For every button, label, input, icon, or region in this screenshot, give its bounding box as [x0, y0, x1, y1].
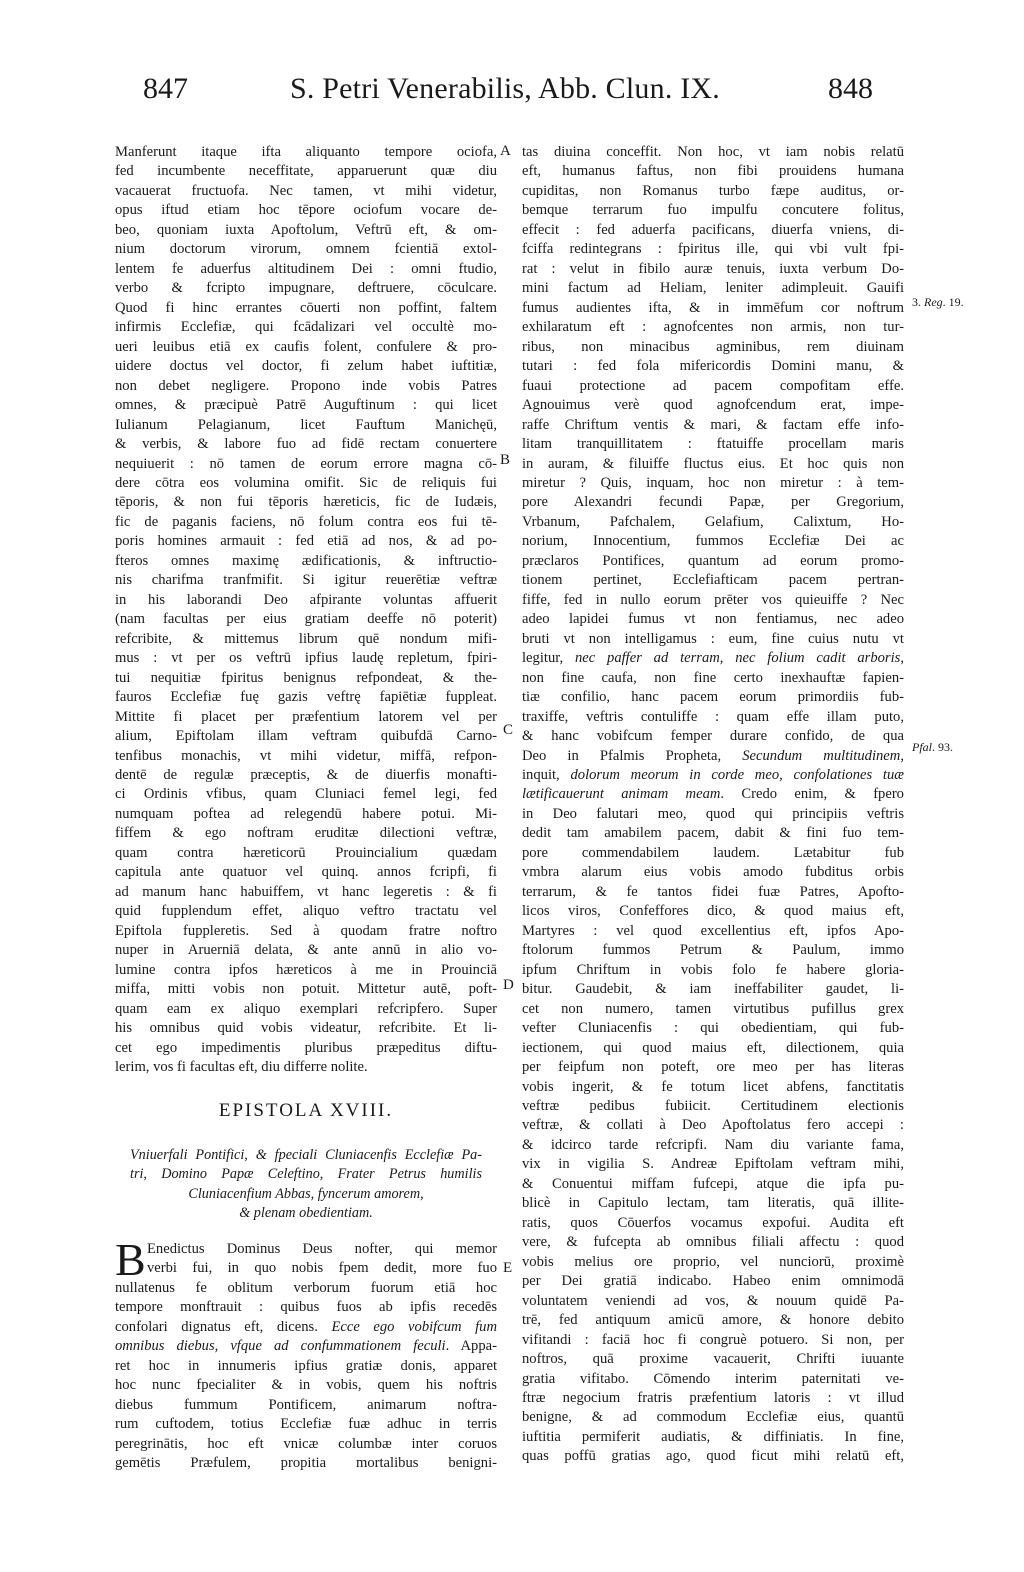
text-line: non fine caufa, non fine certo inexhauft…	[522, 669, 904, 688]
text-line: iectionem, qui quod maius eft, dilection…	[522, 1039, 904, 1058]
text-line: inquit, dolorum meorum in corde meo, con…	[522, 766, 904, 785]
text-line: vmbra alarum eius vobis amodo fubditus o…	[522, 863, 904, 882]
page-header: 847 S. Petri Venerabilis, Abb. Clun. IX.…	[0, 72, 1024, 122]
text-line: ribus, non minacibus agminibus, rem diui…	[522, 338, 904, 357]
text-line: quam eam ex aliquo exemplari refcripfero…	[115, 1000, 497, 1019]
text-line: omnibus diebus, vfque ad confummationem …	[115, 1337, 497, 1356]
text-line: tiæ confilio, hanc pacem eorum primordii…	[522, 688, 904, 707]
text-line: gratia vifitabo. Cōmendo interim paterni…	[522, 1370, 904, 1389]
italic-quote: lætificauerunt animam meam	[522, 786, 720, 802]
text-line: bruti vt non intelligamus : eum, fine cu…	[522, 630, 904, 649]
text-line: nis charifma tranfmifit. Si igitur reuer…	[115, 571, 497, 590]
text-line: nequiuerit : nō tamen de eorum errore ma…	[115, 455, 497, 474]
note-number: 3.	[912, 295, 921, 309]
text-line: alium, Epiftolam illam veftram quibufdā …	[115, 727, 497, 746]
text-line: fumus audientes ifta, & in immēfum cor n…	[522, 299, 904, 318]
running-title: S. Petri Venerabilis, Abb. Clun. IX.	[290, 72, 720, 106]
text-line: lætificauerunt animam meam. Credo enim, …	[522, 785, 904, 804]
text-line: verbo & fcripto impugnare, deftruere, cō…	[115, 279, 497, 298]
text-line: verbi fui, in quo nobis fpem dedit, more…	[115, 1259, 497, 1278]
text-line: rat : velut in fibilo auræ tenuis, iuxta…	[522, 260, 904, 279]
text-line: voluntatem veniendi ad vos, & nouum quid…	[522, 1292, 904, 1311]
epistle-heading: EPISTOLA XVIII.	[115, 1100, 497, 1122]
text-line: & idcirco tarde refcripfi. Nam diu varia…	[522, 1136, 904, 1155]
note-book: Reg	[924, 295, 943, 309]
text-line: vefter Cluniacenfis : qui obedientiam, q…	[522, 1019, 904, 1038]
section-marker-a: A	[500, 143, 511, 160]
text-line: ratis, quos Cōuerfos vocamus expofui. Au…	[522, 1214, 904, 1233]
text-line: Epiftola fuppleretis. Sed à quodam fratr…	[115, 922, 497, 941]
text-line: tenfibus monachis, vt mihi videtur, miff…	[115, 747, 497, 766]
text-line: his omnibus quid vobis videatur, refcrib…	[115, 1019, 497, 1038]
text-line: miretur ? Quis, inquam, hoc non miretur …	[522, 474, 904, 493]
text-line: litam tranquillitatem : ftatuiffe procel…	[522, 435, 904, 454]
text-line: quid fupplendum effet, aliquo veftro tra…	[115, 902, 497, 921]
text-line: blicè in Capitulo lectam, tam literatis,…	[522, 1194, 904, 1213]
text-line: mini factum ad Heliam, leniter adimpleui…	[522, 279, 904, 298]
left-column: Manferunt itaque ifta aliquanto tempore …	[115, 143, 497, 1078]
text-line: Manferunt itaque ifta aliquanto tempore …	[115, 143, 497, 162]
text-line: non debet negligere. Propono inde vobis …	[115, 377, 497, 396]
italic-quote: Secundum multitudinem	[742, 748, 900, 764]
text-line: gemētis Præfulem, propitia mortalibus be…	[115, 1454, 497, 1473]
text-line: lumine contra ipfos hæreticos à me in Pr…	[115, 961, 497, 980]
text-line: in auram, & filuiffe fluctus eius. Et ho…	[522, 455, 904, 474]
text-line: fciffa redintegrans : fpiritus ille, qui…	[522, 240, 904, 259]
italic-quote: dolorum meorum in corde meo, confolation…	[570, 767, 904, 783]
text-line: lerim, vos fi facultas eft, diu differre…	[115, 1058, 497, 1077]
text-line: noftros, quā proxime vacauerit, Chrifti …	[522, 1350, 904, 1369]
text-line: pore commendabilem laudem. Lætabitur fub	[522, 844, 904, 863]
text-line: trē, fed antiquum amicū amore, & honore …	[522, 1311, 904, 1330]
text-line: fic de paganis faciens, nō folum contra …	[115, 513, 497, 532]
text-line: præclaros Pontifices, quantum ad eorum p…	[522, 552, 904, 571]
note-ref: . 93.	[932, 740, 953, 754]
section-marker-e: E	[503, 1260, 512, 1277]
text-line: Iulianum Pelagianum, licet Fauftum Manic…	[115, 416, 497, 435]
text-segment: ,	[900, 748, 904, 764]
text-line: capitula ante quatuor vel quinq. annos f…	[115, 863, 497, 882]
text-line: vix in vigilia S. Andreæ Epiftolam veftr…	[522, 1155, 904, 1174]
text-line: peregrinātis, hoc eft vnicæ columbæ inte…	[115, 1435, 497, 1454]
text-line: tēporis, & non fui tēporis hæreticis, fi…	[115, 493, 497, 512]
text-line: omnes, & præcipuè Patrē Auguftinum : qui…	[115, 396, 497, 415]
text-segment: legitur,	[522, 650, 575, 666]
text-line: ftolorum fummos Petrum & Paulum, immo	[522, 941, 904, 960]
page-number-right: 848	[828, 72, 873, 106]
note-ref: . 19.	[943, 295, 964, 309]
text-segment: confolari dignatus eft, dicens.	[115, 1319, 318, 1335]
text-line: veftræ pedibus fubiicit. Certitudinem el…	[522, 1097, 904, 1116]
text-line: quam contra hæreticorū Prouincialium quæ…	[115, 844, 497, 863]
text-line: vobis ingerit, & fe totum licet abfens, …	[522, 1078, 904, 1097]
text-line: bitur. Gaudebit, & iam ineffabiliter gau…	[522, 980, 904, 999]
text-line: Vniuerfali Pontifici, & fpeciali Cluniac…	[130, 1146, 482, 1165]
text-line: cet ego impedimentis pluribus præpeditus…	[115, 1039, 497, 1058]
text-line: per feipfum non poteft, ore meo per has …	[522, 1058, 904, 1077]
text-line: dere cōtra eos volumina omifit. Sic de r…	[115, 474, 497, 493]
text-line: ueri leuibus etiā ex caufis folent, conf…	[115, 338, 497, 357]
text-line: cupiditas, non Romanus turbo fæpe auditu…	[522, 182, 904, 201]
text-line: tionem pertinet, Ecclefiafticam pacem pe…	[522, 571, 904, 590]
text-line: ftræ negocium fratris præfentium latoris…	[522, 1389, 904, 1408]
text-line: nuper in Aruerniā delata, & ante annū in…	[115, 941, 497, 960]
epistle-opening: B Enedictus Dominus Deus nofter, qui mem…	[115, 1240, 497, 1474]
text-line: terrarum, & fe tantos fidei fuæ Patres, …	[522, 883, 904, 902]
text-line: adeo lapidei fumus vt non fentiamus, nec…	[522, 610, 904, 629]
text-line: fiffe, fed in nullo eorum prēter vos qui…	[522, 591, 904, 610]
text-line: tui nequitiæ fpiritus benignus refpondea…	[115, 669, 497, 688]
text-segment: . Appa-	[446, 1338, 497, 1354]
text-line: mus : vt per os veftrū ipfius laudę repl…	[115, 649, 497, 668]
text-segment: inquit,	[522, 767, 570, 783]
drop-cap: B	[115, 1240, 146, 1280]
text-line: beo, quoniam iuxta Apoftolum, Veftrū eft…	[115, 221, 497, 240]
text-line: & Conuentui miffam fufcepi, atque die ip…	[522, 1175, 904, 1194]
text-line: fauros Ecclefiæ fuę gazis veftrę fapiēti…	[115, 688, 497, 707]
text-line: ipfum Chriftum in vobis folo fe habere g…	[522, 961, 904, 980]
text-line: in his laborandi Deo afpirante voluntas …	[115, 591, 497, 610]
text-line: Vrbanum, Pafchalem, Gelafium, Calixtum, …	[522, 513, 904, 532]
text-line: Enedictus Dominus Deus nofter, qui memor	[115, 1240, 497, 1259]
text-line: fuaui protectione ad pacem compofitam ef…	[522, 377, 904, 396]
text-line: exhilaratum eft : agnofcentes non armis,…	[522, 318, 904, 337]
text-line: nium doctorum virorum, omnem fcientiā ex…	[115, 240, 497, 259]
section-marker-d: D	[503, 977, 514, 994]
text-line: Quod fi hinc errantes cōuerti non poffin…	[115, 299, 497, 318]
text-line: hoc nunc fpecialiter & in vobis, quem hi…	[115, 1376, 497, 1395]
text-line: benigne, & ad commodum Ecclefiæ eius, qu…	[522, 1408, 904, 1427]
text-line: tas diuina conceffit. Non hoc, vt iam no…	[522, 143, 904, 162]
text-line: veftræ, & collati à Deo Apoftolatus fero…	[522, 1116, 904, 1135]
text-line: raffe Chriftum ventis & mari, & factam e…	[522, 416, 904, 435]
text-line: infirmis Ecclefiæ, qui fcādalizari vel o…	[115, 318, 497, 337]
italic-quote: nec paffer ad terram, nec folium cadit a…	[575, 650, 900, 666]
text-line: Agnouimus verè quod agnofcendum erat, im…	[522, 396, 904, 415]
text-line: Deo in Pfalmis Propheta, Secundum multit…	[522, 747, 904, 766]
text-line: dentē de regulæ præceptis, & de diuerfis…	[115, 766, 497, 785]
text-segment: ,	[900, 650, 904, 666]
text-line: fed incumbente neceffitate, apparuerunt …	[115, 162, 497, 181]
italic-quote: omnibus diebus, vfque ad confummationem …	[115, 1338, 446, 1354]
text-line: effecit : fed aduerfa pacificans, diuerf…	[522, 221, 904, 240]
epistle-rubric: Vniuerfali Pontifici, & fpeciali Cluniac…	[130, 1146, 482, 1224]
text-line: ad manum hanc habuiffem, vt hanc legeret…	[115, 883, 497, 902]
text-line: & verbis, & labore fuo ad fidē rectam co…	[115, 435, 497, 454]
text-line: Mittite fi placet per præfentium latorem…	[115, 708, 497, 727]
text-line: eft, humanus faftus, non fibi prouidens …	[522, 162, 904, 181]
text-line: confolari dignatus eft, dicens. Ecce ego…	[115, 1318, 497, 1337]
note-book: Pfal	[912, 740, 932, 754]
text-line: ci Ordinis vfibus, quam Cluniaci femel l…	[115, 785, 497, 804]
text-line: uidere doctus vel doctor, fi zelum habet…	[115, 357, 497, 376]
text-line: bemque terrarum fuo impulfu concutere fo…	[522, 201, 904, 220]
italic-quote: Ecce ego vobifcum fum	[331, 1319, 497, 1335]
text-line: quas poffū gratias ago, quod ficut mihi …	[522, 1447, 904, 1466]
text-line: Cluniacenfium Abbas, fyncerum amorem,	[130, 1185, 482, 1204]
text-line: vifitandi : faciā hoc fi congruè potuero…	[522, 1331, 904, 1350]
text-line: opus iftud etiam hoc tēpore ociofum voca…	[115, 201, 497, 220]
text-line: dedit tam amabilem pacem, dabit & fini f…	[522, 824, 904, 843]
page-number-left: 847	[143, 72, 188, 106]
text-line: numquam poftea ad relegendū habere potui…	[115, 805, 497, 824]
text-line: tri, Domino Papæ Celeftino, Frater Petru…	[130, 1165, 482, 1184]
text-line: iuftitia permiferit audiatis, & diffinia…	[522, 1428, 904, 1447]
text-line: diebus fummum Pontificem, animarum noftr…	[115, 1396, 497, 1415]
text-line: & plenam obedientiam.	[130, 1204, 482, 1223]
text-line: tempore monftrauit : quibus fuos ab ipfi…	[115, 1298, 497, 1317]
text-line: pore Alexandri fecundi Papæ, per Gregori…	[522, 493, 904, 512]
text-line: tutari : fed fola mifericordis Domini ma…	[522, 357, 904, 376]
text-line: vacauerat fructuofa. Nec tamen, vt mihi …	[115, 182, 497, 201]
text-line: legitur, nec paffer ad terram, nec foliu…	[522, 649, 904, 668]
text-segment: . Credo enim, & fpero	[720, 786, 904, 802]
margin-note-reg: 3. Reg. 19.	[912, 295, 964, 310]
text-line: (nam facultas per eius gratiam deeffe nō…	[115, 610, 497, 629]
text-line: ret hoc in innumeris ipfius gratiæ donis…	[115, 1357, 497, 1376]
text-line: Martyres : vel quod excellentius eft, ip…	[522, 922, 904, 941]
text-line: fteros omnes maximę ædificationis, & inf…	[115, 552, 497, 571]
right-column: tas diuina conceffit. Non hoc, vt iam no…	[522, 143, 904, 1467]
text-line: vobis melius ore proprio, vel nunciorū, …	[522, 1253, 904, 1272]
text-line: licos viros, Confeffores dico, & quod ma…	[522, 902, 904, 921]
text-line: rum cuftodem, totius Ecclefiæ fuæ adhuc …	[115, 1415, 497, 1434]
section-marker-b: B	[500, 452, 510, 469]
text-line: norium, Innocentium, fummos Ecclefiæ Dei…	[522, 532, 904, 551]
text-line: nullatenus fe oblitum verborum fuorum et…	[115, 1279, 497, 1298]
text-line: fiffem & ego noftram eruditæ dilectioni …	[115, 824, 497, 843]
text-line: per Dei gratiā indicabo. Habeo enim omni…	[522, 1272, 904, 1291]
text-line: poris homines armauit : fed etiā ad nos,…	[115, 532, 497, 551]
text-line: traxiffe, veftris contuliffe : quam effe…	[522, 708, 904, 727]
text-segment: Deo in Pfalmis Propheta,	[522, 748, 742, 764]
margin-note-psal: Pfal. 93.	[912, 740, 953, 755]
text-line: lentem fe aduerfus altitudinem Dei : omn…	[115, 260, 497, 279]
text-line: miffa, mitti vobis non potuit. Mittetur …	[115, 980, 497, 999]
section-marker-c: C	[503, 722, 513, 739]
text-line: cet non numero, tamen virtutibus pufillu…	[522, 1000, 904, 1019]
text-line: & hanc vobifcum femper durare confido, d…	[522, 727, 904, 746]
text-line: in Deo falutari meo, quod qui principiis…	[522, 805, 904, 824]
text-line: refcribite, & mittemus librum quē nondum…	[115, 630, 497, 649]
text-line: vere, & fufcepta ab omnibus filiali affe…	[522, 1233, 904, 1252]
